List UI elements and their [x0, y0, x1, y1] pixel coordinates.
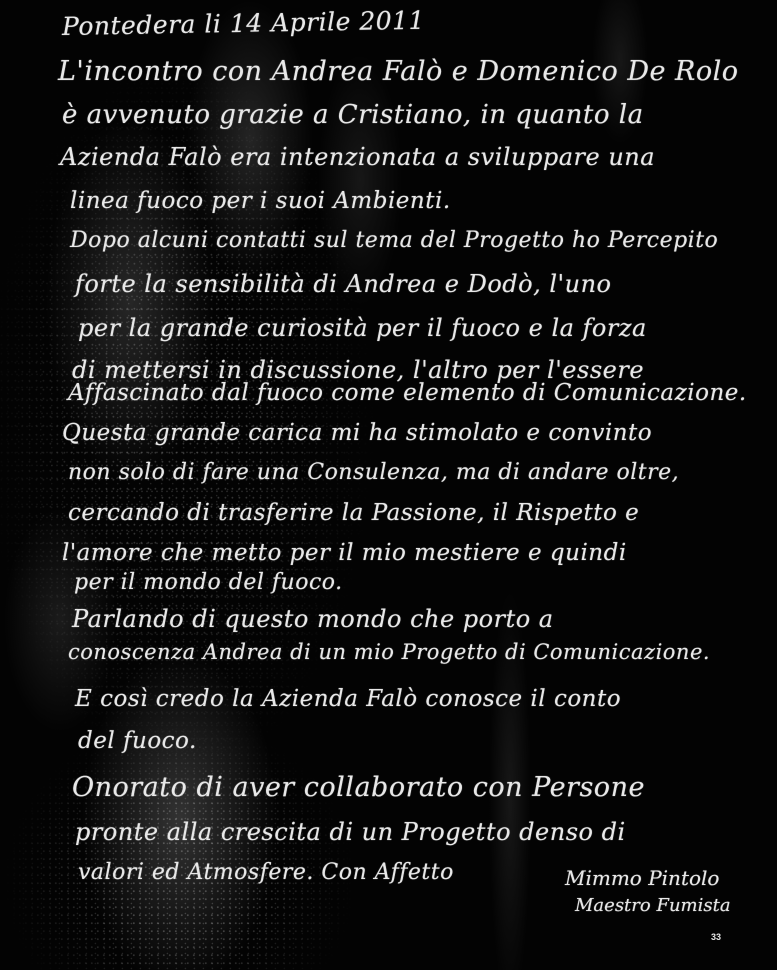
letter-line: per il mondo del fuoco.: [74, 570, 343, 595]
letter-line: per la grande curiosità per il fuoco e l…: [78, 314, 647, 342]
signature-name: Mimmo Pintolo: [565, 866, 719, 890]
letter-line: Azienda Falò era intenzionata a sviluppa…: [60, 143, 655, 171]
letter-line: conoscenza Andrea di un mio Progetto di …: [68, 640, 710, 664]
letter-line: linea fuoco per i suoi Ambienti.: [70, 188, 451, 214]
letter-line: cercando di trasferire la Passione, il R…: [68, 500, 639, 526]
letter-line: pronte alla crescita di un Progetto dens…: [75, 818, 626, 846]
letter-line: non solo di fare una Consulenza, ma di a…: [68, 460, 679, 485]
letter-line: del fuoco.: [78, 728, 197, 754]
letter-line: Dopo alcuni contatti sul tema del Proget…: [70, 228, 718, 253]
letter-line: E così credo la Azienda Falò conosce il …: [75, 686, 621, 712]
letter-line: Questa grande carica mi ha stimolato e c…: [62, 420, 652, 446]
page-number: 33: [711, 932, 721, 942]
letter-line: valori ed Atmosfere. Con Affetto: [78, 860, 454, 885]
letter-line: è avvenuto grazie a Cristiano, in quanto…: [62, 100, 644, 130]
letter-page: Pontedera li 14 Aprile 2011 L'incontro c…: [0, 0, 777, 970]
handwritten-letter: Pontedera li 14 Aprile 2011 L'incontro c…: [0, 0, 777, 970]
letter-line: Onorato di aver collaborato con Persone: [72, 772, 645, 803]
letter-line: forte la sensibilità di Andrea e Dodò, l…: [75, 270, 612, 298]
signature-title: Maestro Fumista: [575, 895, 731, 916]
letter-line: L'incontro con Andrea Falò e Domenico De…: [58, 56, 739, 87]
letter-date-line: Pontedera li 14 Aprile 2011: [62, 6, 425, 41]
letter-line: Parlando di questo mondo che porto a: [72, 605, 554, 633]
letter-line: l'amore che metto per il mio mestiere e …: [62, 540, 627, 566]
letter-line: Affascinato dal fuoco come elemento di C…: [68, 380, 747, 406]
